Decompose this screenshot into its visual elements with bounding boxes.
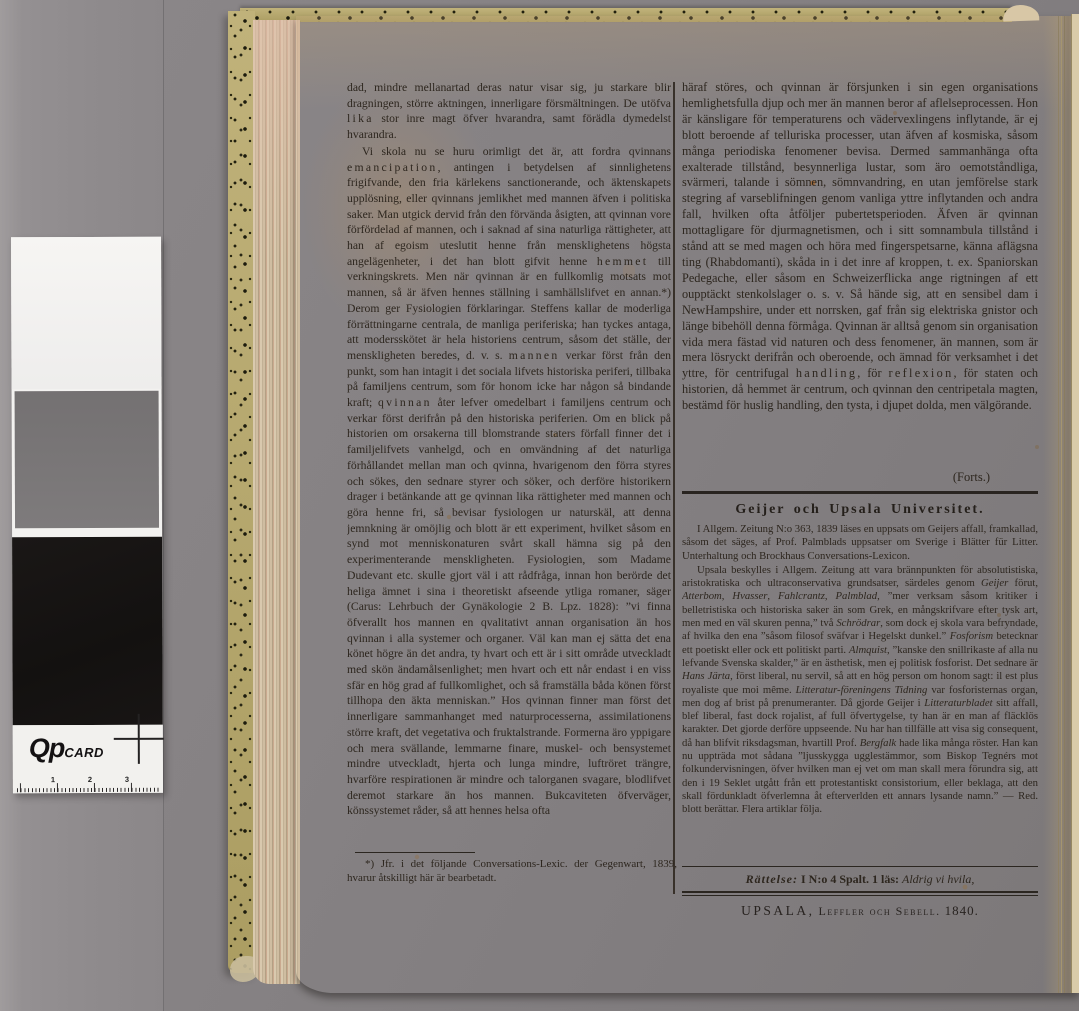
column-divider-rule	[673, 82, 675, 894]
footnote-text: *) Jfr. i det följande Conversations-Lex…	[347, 858, 677, 886]
imprint-city: UPSALA,	[741, 903, 814, 918]
ruler-number: 3	[125, 775, 129, 784]
qp-logo-bold: Qp	[29, 733, 65, 763]
qp-card-footer: QpCARD 1 2 3	[13, 725, 163, 794]
page-stack-fore-edge	[253, 20, 300, 984]
imprint-publisher: Leffler och Sebell.	[818, 904, 940, 918]
paragraph: Vi skola nu se huru orimligt det är, att…	[347, 144, 671, 819]
book-page: dad, mindre mellanartad deras natur visa…	[296, 16, 1079, 993]
article2-body: I Allgem. Zeitung N:o 363, 1839 läses en…	[682, 523, 1038, 861]
adjacent-page-edge	[1071, 14, 1079, 993]
article1-left-column: dad, mindre mellanartad deras natur visa…	[347, 80, 671, 855]
qp-color-calibration-card: QpCARD 1 2 3	[11, 237, 163, 794]
qp-gray-patch	[15, 391, 159, 529]
qp-logo-rest: CARD	[64, 745, 104, 760]
ruler-number: 1	[51, 775, 55, 784]
qp-ruler-scale: 1 2 3	[17, 778, 159, 792]
imprint-double-rule	[682, 891, 1038, 896]
ruler-number: 2	[88, 775, 92, 784]
footnote-rule	[355, 852, 475, 853]
section-divider-rule	[682, 491, 1038, 494]
paragraph: häraf störes, och qvinnan är försjunken …	[682, 80, 1038, 414]
imprint-year: 1840.	[945, 903, 979, 918]
crosshair-icon	[112, 714, 164, 764]
foxing-spots	[296, 16, 298, 18]
archival-photo: { "scene": { "backdrop_color": "#847f81"…	[0, 0, 1079, 1011]
continuation-marker: (Forts.)	[682, 470, 1038, 485]
article1-right-column: häraf störes, och qvinnan är försjunken …	[682, 80, 1038, 470]
qp-black-patch	[12, 537, 163, 726]
imprint-line: UPSALA, Leffler och Sebell. 1840.	[682, 902, 1038, 920]
paragraph: dad, mindre mellanartad deras natur visa…	[347, 80, 671, 143]
article2-heading: Geijer och Upsala Universitet.	[682, 502, 1038, 518]
book-cover-left-edge	[228, 11, 255, 973]
footnote: *) Jfr. i det följande Conversations-Lex…	[347, 852, 677, 886]
right-column: häraf störes, och qvinnan är försjunken …	[682, 80, 1038, 920]
paragraph: I Allgem. Zeitung N:o 363, 1839 läses en…	[682, 523, 1038, 563]
paragraph: Upsala beskylles i Allgem. Zeitung att v…	[682, 564, 1038, 817]
qp-card-logo: QpCARD	[29, 733, 104, 764]
qp-white-patch	[11, 237, 162, 390]
correction-line: Rättelse: I N:o 4 Spalt. 1 läs: Aldrig v…	[682, 867, 1038, 891]
